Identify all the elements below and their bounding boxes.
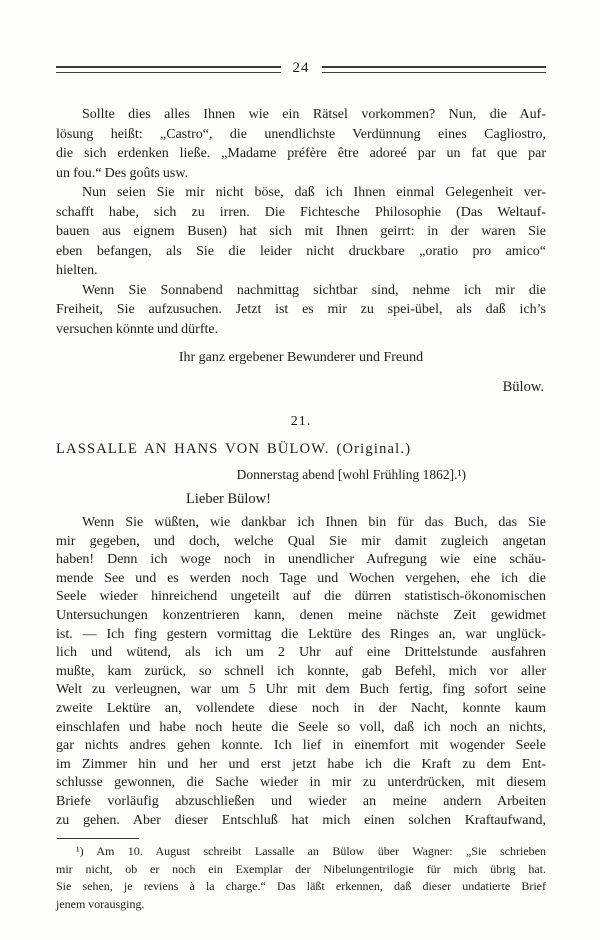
page-header: 24: [56, 62, 546, 77]
footnote-separator-rule: [57, 838, 139, 839]
page-number: 24: [281, 61, 322, 76]
text-line: lösung heißt: „Castro“, die unendlichste…: [56, 125, 546, 145]
text-line: die sich erdenken ließe. „Madame préfère…: [56, 144, 546, 164]
letter21-section-number: 21.: [56, 413, 546, 431]
text-line: mir gegeben, und doch, welche Qual Sie m…: [56, 533, 546, 552]
letter20-signature: Bülow.: [56, 377, 546, 397]
text-line: hielten.: [56, 261, 546, 281]
header-rule-right: [322, 66, 547, 73]
text-line: zweite Lektüre an, vollendete diese noch…: [56, 700, 546, 719]
text-line: eben befangen, als Sie die leider nicht …: [56, 242, 546, 262]
letter20-paragraph-3: Wenn Sie Sonnabend nachmittag sichtbar s…: [56, 281, 546, 340]
text-line: un fou.“ Des goûts usw.: [56, 164, 546, 184]
letter21-dateline: Donnerstag abend [wohl Frühling 1862].¹): [56, 466, 546, 484]
text-line: Seele wieder hinreichend ungeteilt auf d…: [56, 588, 546, 607]
letter20-paragraph-2: Nun seien Sie mir nicht böse, daß ich Ih…: [56, 183, 546, 281]
text-line: Welt zu verleugnen, war um 5 Uhr mit dem…: [56, 681, 546, 700]
letter20-paragraph-1: Sollte dies alles Ihnen wie ein Rätsel v…: [56, 105, 546, 183]
page-text-block: Sollte dies alles Ihnen wie ein Rätsel v…: [56, 105, 546, 913]
text-line: ¹) Am 10. August schreibt Lassalle an Bü…: [56, 843, 546, 861]
text-line: Wenn Sie wüßten, wie dankbar ich Ihnen b…: [56, 514, 546, 533]
text-line: Untersuchungen konzentrieren kann, denen…: [56, 607, 546, 626]
text-line: zu gehen. Aber dieser Entschluß hat mich…: [56, 812, 546, 831]
text-line: Sollte dies alles Ihnen wie ein Rätsel v…: [56, 105, 546, 125]
header-rule-left: [56, 66, 281, 73]
text-line: einschlafen und habe noch heute die Seel…: [56, 719, 546, 738]
text-line: versuchen könnte und dürfte.: [56, 320, 546, 340]
text-line: jenem vorausging.: [56, 896, 546, 914]
book-page: 24 Sollte dies alles Ihnen wie ein Rätse…: [0, 0, 600, 940]
text-line: Nun seien Sie mir nicht böse, daß ich Ih…: [56, 183, 546, 203]
text-line: haben! Denn ich woge noch in unendlicher…: [56, 551, 546, 570]
text-line: schlusse gewonnen, die Sache wieder in m…: [56, 774, 546, 793]
text-line: ist. — Ich fing gestern vormittag die Le…: [56, 626, 546, 645]
footnote: ¹) Am 10. August schreibt Lassalle an Bü…: [56, 843, 546, 913]
text-line: mußte, kam zurück, so schnell ich konnte…: [56, 663, 546, 682]
text-line: Freiheit, Sie aufzusuchen. Jetzt ist es …: [56, 300, 546, 320]
text-line: mir nicht, ob er noch ein Exemplar der N…: [56, 861, 546, 879]
letter21-heading: LASSALLE AN HANS VON BÜLOW. (Original.): [56, 439, 546, 459]
text-line: Briefe vorläufig abzuschließen und wiede…: [56, 793, 546, 812]
text-line: Sie sehen, je reviens à la charge.“ Das …: [56, 878, 546, 896]
text-line: schafft habe, sich zu irren. Die Fichtes…: [56, 203, 546, 223]
letter21-salutation: Lieber Bülow!: [56, 490, 546, 509]
text-line: mende See und es werden noch Tage und Wo…: [56, 570, 546, 589]
text-line: Wenn Sie Sonnabend nachmittag sichtbar s…: [56, 281, 546, 301]
letter21-body: Wenn Sie wüßten, wie dankbar ich Ihnen b…: [56, 514, 546, 830]
text-line: lich und wütend, als ich um 2 Uhr auf ei…: [56, 644, 546, 663]
text-line: gar nichts andres gehen konnte. Ich lief…: [56, 737, 546, 756]
text-line: bauen aus eignem Busen) hat sich mit Ihn…: [56, 222, 546, 242]
text-line: im Zimmer hin und her und erst jetzt hab…: [56, 756, 546, 775]
letter20-closing: Ihr ganz ergebener Bewunderer und Freund: [56, 348, 546, 368]
